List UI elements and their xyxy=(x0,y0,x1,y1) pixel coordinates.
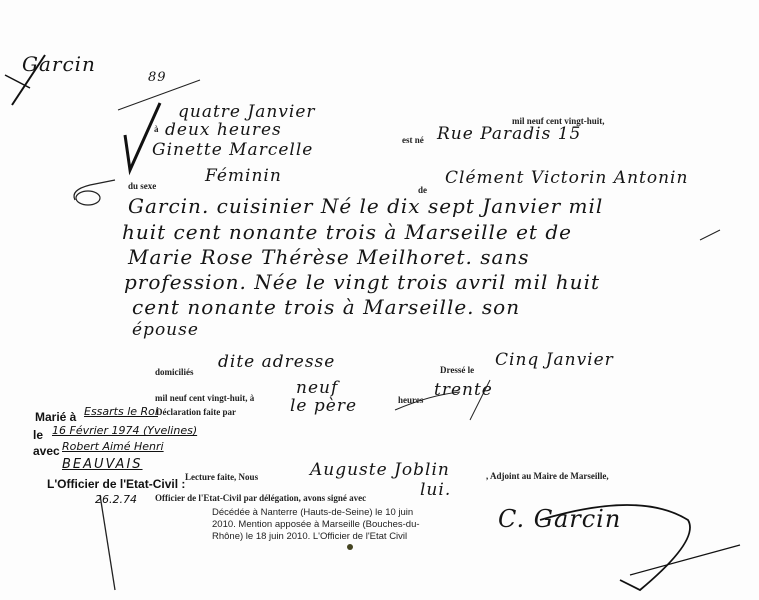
spouse-surname: BEAUVAIS xyxy=(62,457,143,472)
dresse-value: Cinq Janvier xyxy=(495,350,614,370)
hour-dresse: neuf xyxy=(296,378,338,398)
label-sexe: du sexe xyxy=(128,181,156,191)
signed-with-value: lui. xyxy=(420,480,451,500)
line-9: cent nonante trois à Marseille. son xyxy=(132,295,520,319)
label-officier: Officier de l'Etat-Civil par délégation,… xyxy=(155,493,366,503)
label-adjoint: , Adjoint au Maire de Marseille, xyxy=(486,471,609,481)
married-label: Marié à xyxy=(35,410,76,424)
officer-label: L'Officier de l'Etat-Civil : xyxy=(47,477,185,491)
mention-date: 26.2.74 xyxy=(95,493,137,506)
label-lecture: Lecture faite, Nous xyxy=(185,472,258,482)
label-heures: heures xyxy=(398,395,423,405)
officer-name: Auguste Joblin xyxy=(310,460,450,480)
declarant-value: le père xyxy=(290,396,357,416)
margin-name: Garcin xyxy=(22,52,96,76)
spouse-names: Robert Aimé Henri xyxy=(62,440,164,453)
married-with-label: avec xyxy=(33,444,60,458)
signature: C. Garcin xyxy=(498,505,621,533)
line-6: huit cent nonante trois à Marseille et d… xyxy=(122,220,572,244)
hour-value: deux heures xyxy=(165,120,282,140)
act-number: 89 xyxy=(148,70,167,85)
married-date-label: le xyxy=(33,428,43,442)
married-date: 16 Février 1974 (Yvelines) xyxy=(52,424,197,437)
date-value: quatre Janvier xyxy=(178,102,316,122)
death-mention: Décédée à Nanterre (Hauts-de-Seine) le 1… xyxy=(212,507,422,543)
line-10: épouse xyxy=(132,320,199,340)
father-name: Clément Victorin Antonin xyxy=(445,168,688,188)
label-dresse-le: Dressé le xyxy=(440,365,474,375)
child-name: Ginette Marcelle xyxy=(152,140,313,160)
label-est-ne: est né xyxy=(402,135,424,145)
label-a: à xyxy=(154,124,159,134)
label-time: mil neuf cent vingt-huit, à xyxy=(155,393,254,403)
line-8: profession. Née le vingt trois avril mil… xyxy=(124,270,600,294)
line-5: Garcin. cuisinier Né le dix sept Janvier… xyxy=(128,194,603,218)
minutes-value: trente xyxy=(434,380,493,400)
married-place: Essarts le Roi xyxy=(84,405,158,418)
domicile-value: dite adresse xyxy=(218,352,335,372)
sex-value: Féminin xyxy=(205,166,282,186)
label-domicilies: domiciliés xyxy=(155,367,194,377)
birth-place: Rue Paradis 15 xyxy=(437,124,581,144)
line-7: Marie Rose Thérèse Meilhoret. sans xyxy=(128,245,530,269)
label-declaration: Déclaration faite par xyxy=(156,407,236,417)
